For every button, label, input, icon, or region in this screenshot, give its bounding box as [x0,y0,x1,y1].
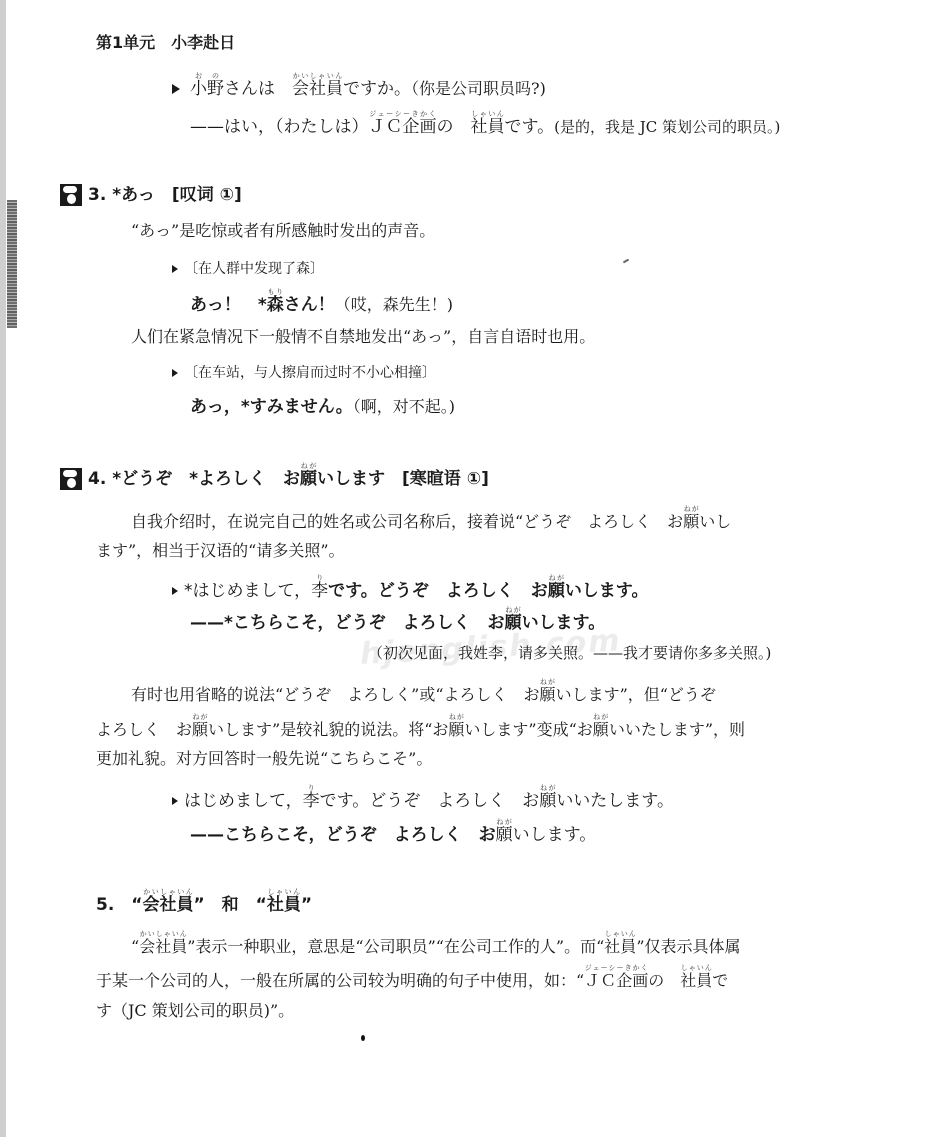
section-4-heading: 4. *どうぞ *よろしく お願ねがいします [寒暄语 ①] [60,462,489,490]
scan-binding-mark [7,200,17,328]
section-4-para-2-line-2: よろしく お願ねがいします”是较礼貌的说法。将“お願ねがいします”变成“お願ねが… [96,713,745,741]
section-5-line-3: す（JC 策划公司的职员)”。 [96,1000,294,1022]
section-4-example-2-answer: ——こちらこそ，どうぞ よろしく お願ねがいします。 [190,818,596,846]
scan-speck [623,259,629,264]
section-3-desc-2: 人们在紧急情况下一般情不自禁地发出“あっ”，自言自语时也用。 [131,326,595,348]
bullet-triangle-icon [172,797,178,805]
section-4-example-2-question: はじめまして，李りです。どうぞ よろしく お願ねがいいたします。 [172,784,674,812]
intro-example-question: 小野おのさんは 会社員かいしゃいんですか。（你是公司职员吗?) [172,72,546,100]
section-4-example-1-question: *はじめまして，李りです。どうぞ よろしく お願ねがいします。 [172,574,648,602]
section-3-heading: 3. *あっ [叹词 ①] [60,184,242,206]
section-4-para-1-line-1: 自我介绍时，在说完自己的姓名或公司名称后，接着说“どうぞ よろしく お願ねがいし [131,505,731,533]
face-icon [60,184,82,206]
intro-example-answer: ——はい，（わたしは）ＪＣ企画ジェーシーきかくの 社員しゃいんです。(是的，我是… [190,110,780,138]
section-4-example-1-answer: ——*こちらこそ，どうぞ よろしく お願ねがいします。 [190,606,605,634]
section-4-para-2-line-3: 更加礼貌。对方回答时一般先说“こちらこそ”。 [96,748,432,770]
section-3-example-2-context: 〔在车站，与人擦肩而过时不小心相撞〕 [172,362,436,384]
bullet-triangle-icon [172,587,178,595]
section-5-heading: 5. “会社員かいしゃいん” 和 “社員しゃいん” [96,888,312,916]
section-3-example-1-context: 〔在人群中发现了森〕 [172,258,324,280]
section-3-desc-1: “あっ”是吃惊或者有所感触时发出的声音。 [131,220,435,242]
section-3-example-2: あっ，*すみません。（啊，对不起。) [190,396,455,418]
face-icon [60,468,82,490]
page-left-edge [0,0,6,1137]
section-5-line-2: 于某一个公司的人，一般在所属的公司较为明确的句子中使用，如：“ＪＣ企画ジェーシー… [96,964,728,992]
scan-speck [361,1035,365,1041]
bullet-triangle-icon [172,265,178,273]
section-3-example-1: あっ！ *森もりさん！（哎，森先生！) [190,288,453,316]
section-4-para-2-line-1: 有时也用省略的说法“どうぞ よろしく”或“よろしく お願ねがいします”，但“どう… [131,678,716,706]
section-4-para-1-line-2: ます”，相当于汉语的“请多关照”。 [96,540,345,562]
bullet-triangle-icon [172,84,180,94]
section-5-line-1: “会社員かいしゃいん”表示一种职业，意思是“公司职员”“在公司工作的人”。而“社… [131,930,741,958]
section-4-example-1-translation: （初次见面，我姓李，请多关照。——我才要请你多多关照。) [368,642,771,664]
unit-title: 第1单元 小李赴日 [96,32,235,54]
bullet-triangle-icon [172,369,178,377]
